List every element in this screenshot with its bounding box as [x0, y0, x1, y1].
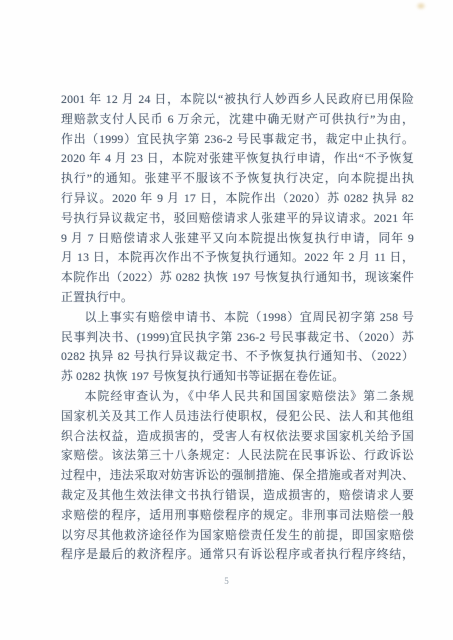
text-line-paragraph-end: 正置执行中。 [61, 288, 414, 308]
page-number: 5 [0, 576, 453, 586]
text-line-paragraph-start: 以上事实有赔偿申请书、本院（1998）宜周民初字第 258 号 [61, 308, 414, 328]
text-line: 行异议。2020 年 9 月 17 日，本院作出（2020）苏 0282 执异 … [61, 189, 414, 209]
text-line: 求赔偿的程序，适用刑事赔偿程序的规定。非刑事司法赔偿一般 [61, 506, 414, 526]
text-line: 月 13 日，本院再次作出不予恢复执行通知。2022 年 2 月 11 日， [61, 248, 414, 268]
text-line: 家赔偿。该法第三十八条规定：人民法院在民事诉讼、行政诉讼 [61, 446, 414, 466]
text-line-paragraph-start: 本院经审查认为，《中华人民共和国国家赔偿法》第二条规定： [61, 387, 414, 407]
text-line: 2020 年 4 月 23 日，本院对张建平恢复执行申请，作出“不予恢复 [61, 149, 414, 169]
text-line: 执行”的通知。张建平不服该不予恢复执行决定，向本院提出执 [61, 169, 414, 189]
text-line-paragraph-end: 苏 0282 执恢 197 号恢复执行通知书等证据在卷佐证。 [61, 367, 414, 387]
text-line: 2001 年 12 月 24 日，本院以“被执行人妙西乡人民政府已用保险 [61, 90, 414, 110]
text-line: 本院作出（2022）苏 0282 执恢 197 号恢复执行通知书，现该案件 [61, 268, 414, 288]
scan-stain-artifact [416, 2, 426, 10]
text-line: 9 月 7 日赔偿请求人张建平又向本院提出恢复执行申请，同年 9 [61, 229, 414, 249]
text-line: 民事判决书、(1999)宜民执字第 236-2 号民事裁定书、（2020）苏 [61, 328, 414, 348]
text-line: 作出（1999）宜民执字第 236-2 号民事裁定书，裁定中止执行。 [61, 130, 414, 150]
text-line: 0282 执异 82 号执行异议裁定书、不予恢复执行通知书、（2022） [61, 347, 414, 367]
document-body-text: 2001 年 12 月 24 日，本院以“被执行人妙西乡人民政府已用保险 理赔款… [61, 90, 414, 565]
text-line: 理赔款支付人民币 6 万余元，沈建中确无财产可供执行”为由， [61, 110, 414, 130]
text-line: 织合法权益，造成损害的，受害人有权依法要求国家机关给予国 [61, 427, 414, 447]
text-line: 国家机关及其工作人员违法行使职权，侵犯公民、法人和其他组 [61, 407, 414, 427]
text-line: 以穷尽其他救济途径作为国家赔偿责任发生的前提，即国家赔偿 [61, 526, 414, 546]
text-line: 裁定及其他生效法律文书执行错误，造成损害的，赔偿请求人要 [61, 486, 414, 506]
scanned-legal-document-page: 2001 年 12 月 24 日，本院以“被执行人妙西乡人民政府已用保险 理赔款… [0, 0, 453, 640]
text-line: 号执行异议裁定书，驳回赔偿请求人张建平的异议请求。2021 年 [61, 209, 414, 229]
text-line: 过程中，违法采取对妨害诉讼的强制措施、保全措施或者对判决、 [61, 466, 414, 486]
text-line: 程序是最后的救济程序。通常只有诉讼程序或者执行程序终结， [61, 545, 414, 565]
